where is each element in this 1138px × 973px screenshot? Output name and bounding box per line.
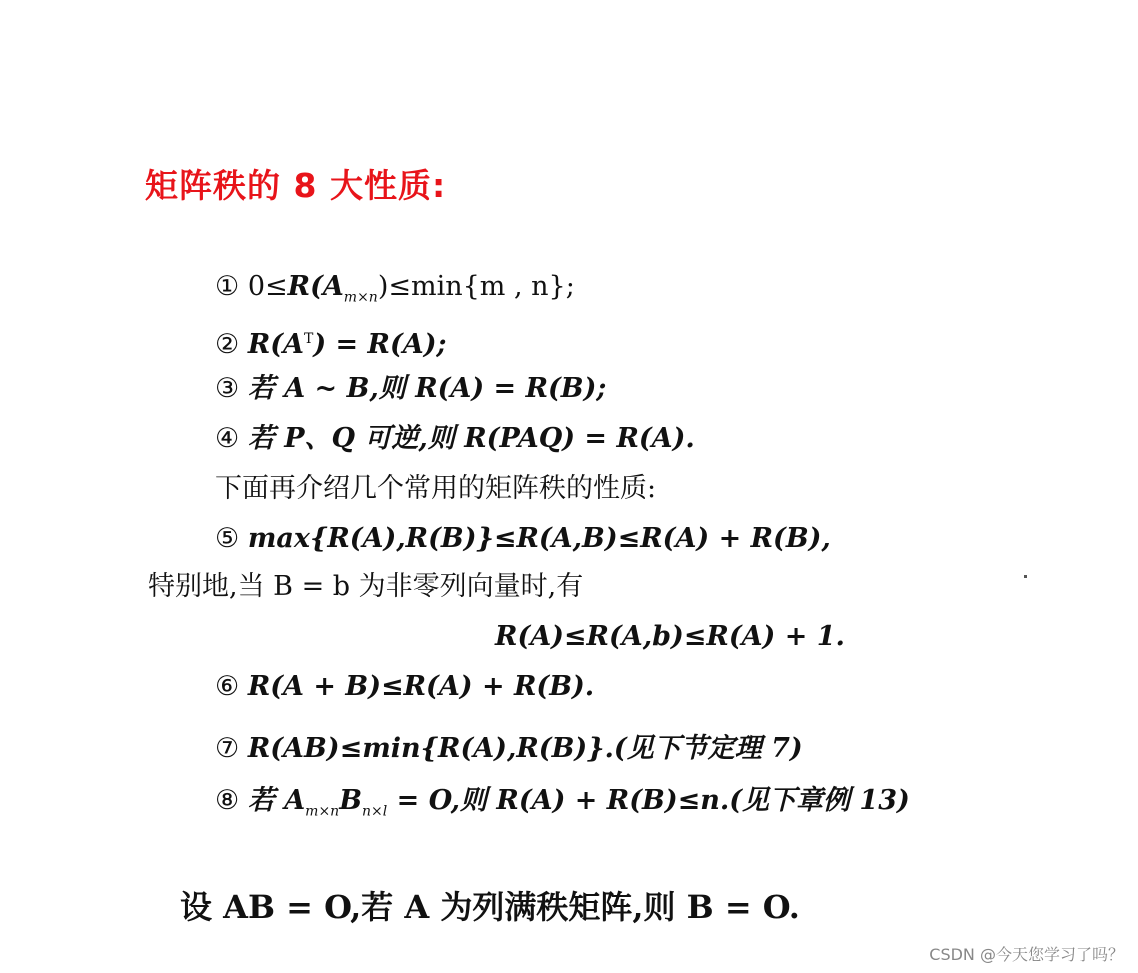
special-formula: R(A)≤R(A,b)≤R(A) + 1. [495, 620, 845, 654]
stray-dot [1024, 575, 1027, 578]
watermark: CSDN @今天您学习了吗？ [929, 942, 1124, 965]
intro-more: 下面再介绍几个常用的矩阵秩的性质: [215, 472, 656, 506]
property-5: ⑤ max{R(A),R(B)}≤R(A,B)≤R(A) + R(B), [215, 522, 831, 556]
property-7: ⑦ R(AB)≤min{R(A),R(B)}.(见下节定理 7) [215, 732, 803, 766]
property-8: ⑧ 若 Am×nBn×l = O,则 R(A) + R(B)≤n.(见下章例 1… [215, 784, 910, 828]
property-4: ④ 若 P、Q 可逆,则 R(PAQ) = R(A). [215, 422, 695, 456]
property-3: ③ 若 A ~ B,则 R(A) = R(B); [215, 372, 606, 406]
property-2: ② R(AT) = R(A); [215, 322, 446, 362]
page-title: 矩阵秩的 8 大性质: [145, 160, 446, 207]
special-case: 特别地,当 B = b 为非零列向量时,有 [148, 570, 583, 604]
property-6: ⑥ R(A + B)≤R(A) + R(B). [215, 670, 594, 704]
property-1: ① 0≤R(Am×n)≤min{m , n}; [215, 270, 575, 314]
conclusion: 设 AB = O,若 A 为列满秩矩阵,则 B = O. [180, 882, 800, 928]
